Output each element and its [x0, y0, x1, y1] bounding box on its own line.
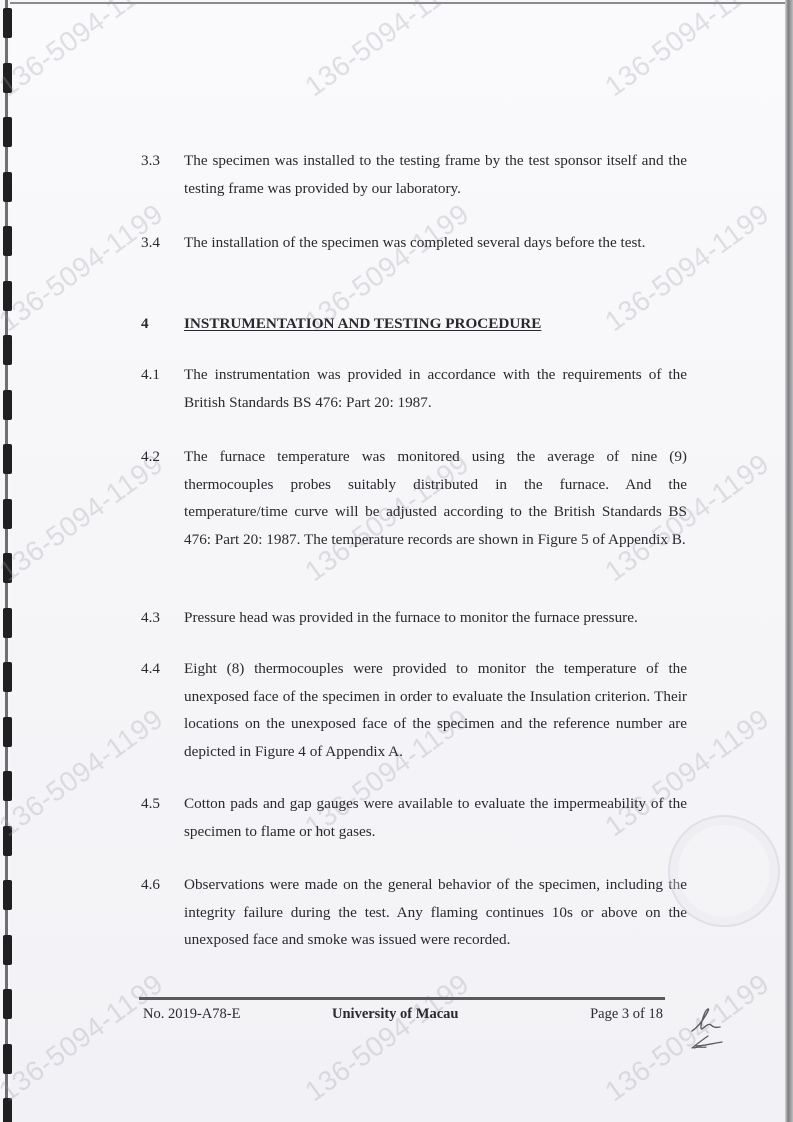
section-title: INSTRUMENTATION AND TESTING PROCEDURE	[184, 315, 541, 332]
section-number: 4	[141, 310, 181, 337]
clause-text: Cotton pads and gap gauges were availabl…	[184, 790, 687, 845]
clause-number: 4.5	[141, 790, 181, 818]
binding-ring	[3, 444, 12, 474]
clause-text: The installation of the specimen was com…	[184, 229, 687, 257]
binding-ring	[3, 172, 12, 202]
binding-ring	[3, 662, 12, 692]
binding-ring	[3, 608, 12, 638]
clause-text: The specimen was installed to the testin…	[184, 147, 687, 202]
signature-initial-icon	[688, 1030, 728, 1070]
embossed-seal-icon	[668, 815, 780, 927]
binding-ring	[3, 226, 12, 256]
page-edge-shadow	[785, 0, 793, 1122]
binding-ring	[3, 553, 12, 583]
binding-ring	[3, 826, 12, 856]
clause-number: 3.4	[141, 229, 181, 257]
clause-text: Pressure head was provided in the furnac…	[184, 604, 687, 632]
footer-divider	[139, 997, 665, 1000]
binding-ring	[3, 989, 12, 1019]
binding-ring	[3, 8, 12, 38]
clause-number: 3.3	[141, 147, 181, 175]
clause-4-3: 4.3 Pressure head was provided in the fu…	[141, 604, 687, 632]
binding-ring	[3, 117, 12, 147]
clause-text: Eight (8) thermocouples were provided to…	[184, 655, 687, 765]
page-number: Page 3 of 18	[590, 1004, 663, 1024]
clause-3-3: 3.3 The specimen was installed to the te…	[141, 147, 687, 202]
clause-4-6: 4.6 Observations were made on the genera…	[141, 871, 687, 954]
clause-number: 4.1	[141, 361, 181, 389]
clause-text: Observations were made on the general be…	[184, 871, 687, 954]
clause-number: 4.6	[141, 871, 181, 899]
clause-3-4: 3.4 The installation of the specimen was…	[141, 229, 687, 257]
clause-4-5: 4.5 Cotton pads and gap gauges were avai…	[141, 790, 687, 845]
clause-number: 4.3	[141, 604, 181, 632]
binding-ring	[3, 1098, 12, 1122]
clause-4-4: 4.4 Eight (8) thermocouples were provide…	[141, 655, 687, 765]
clause-number: 4.2	[141, 443, 181, 471]
report-number: No. 2019-A78-E	[143, 1004, 240, 1024]
binding-ring	[3, 935, 12, 965]
binding-ring	[3, 880, 12, 910]
binding-ring	[3, 335, 12, 365]
clause-number: 4.4	[141, 655, 181, 683]
clause-text: The instrumentation was provided in acco…	[184, 361, 687, 416]
binding-ring	[3, 771, 12, 801]
clause-4-1: 4.1 The instrumentation was provided in …	[141, 361, 687, 416]
binding-ring	[3, 390, 12, 420]
binding-ring	[3, 1044, 12, 1074]
clause-4-2: 4.2 The furnace temperature was monitore…	[141, 443, 687, 553]
binding-ring	[3, 63, 12, 93]
organization-name: University of Macau	[332, 1004, 458, 1024]
binding-ring	[3, 717, 12, 747]
section-heading: 4 INSTRUMENTATION AND TESTING PROCEDURE	[141, 310, 541, 337]
binding-ring	[3, 499, 12, 529]
binding-ring	[3, 281, 12, 311]
clause-text: The furnace temperature was monitored us…	[184, 443, 687, 553]
